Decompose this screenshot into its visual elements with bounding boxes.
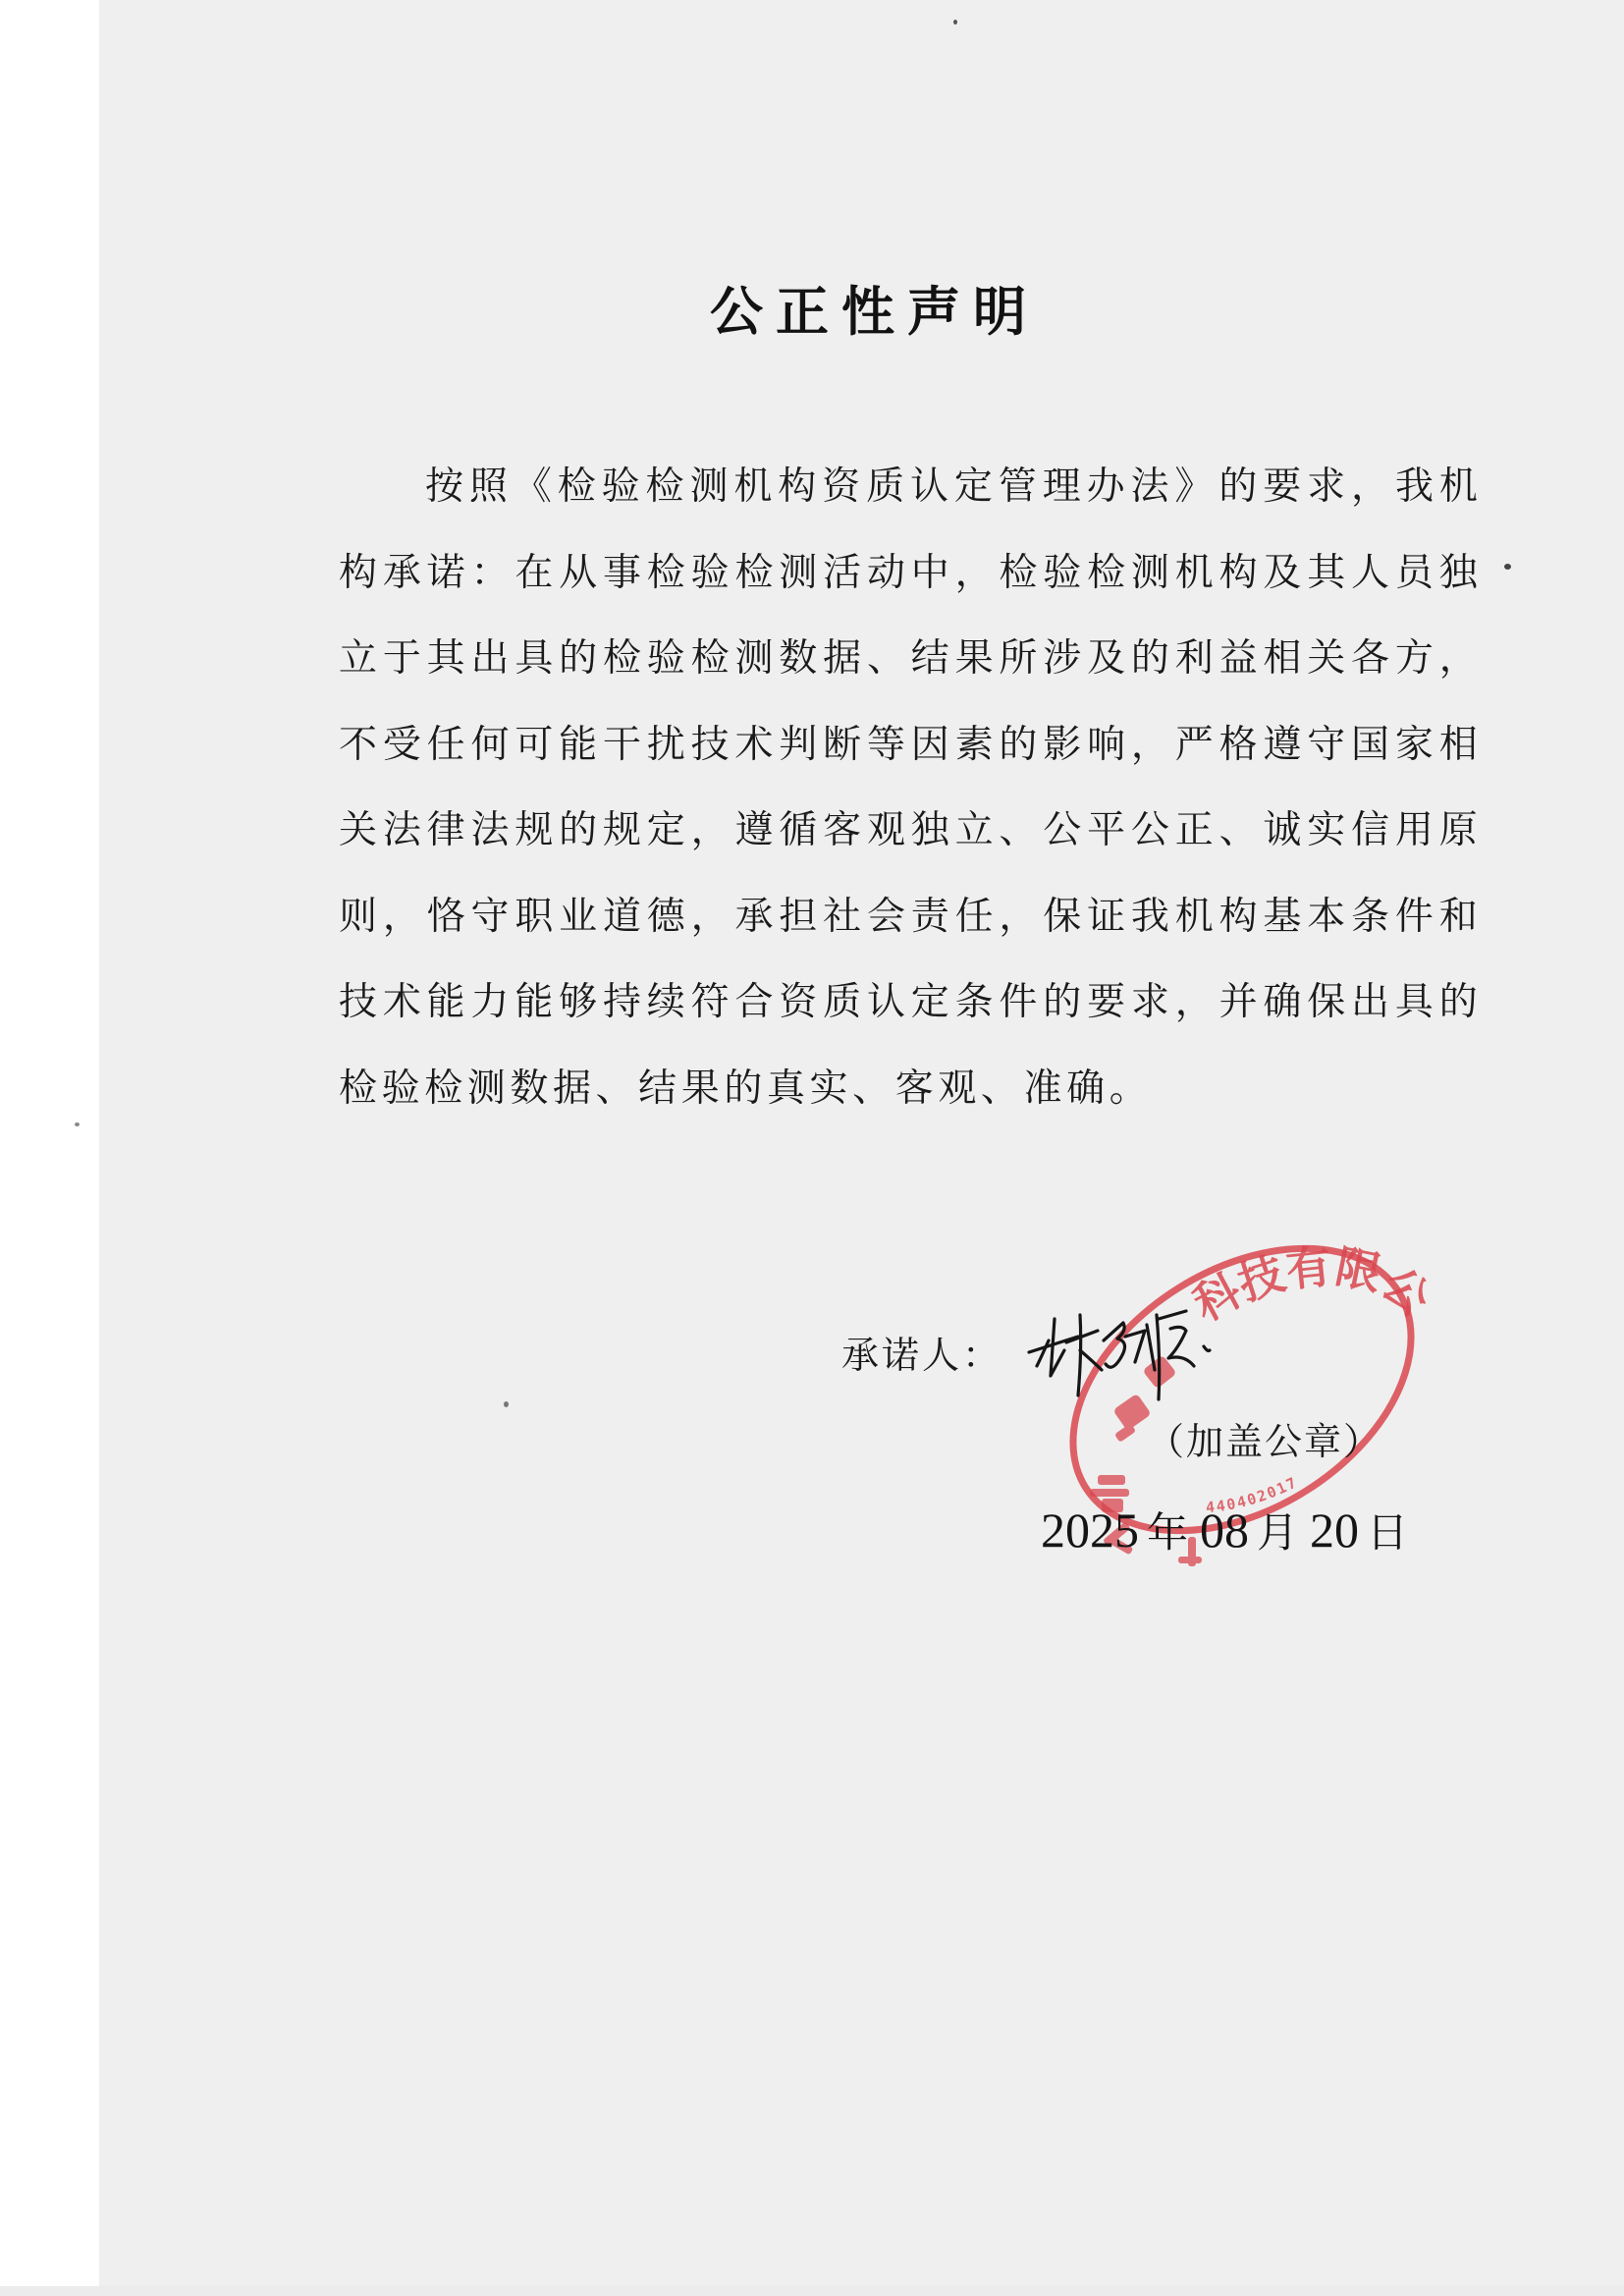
body-char: 则 xyxy=(339,888,377,947)
body-char: 员 xyxy=(1395,544,1434,603)
body-char: 机 xyxy=(1439,458,1478,517)
body-char: 于 xyxy=(383,629,421,688)
body-char: 我 xyxy=(1131,888,1169,947)
body-char: 数 xyxy=(510,1060,548,1119)
body-char: 独 xyxy=(1439,544,1478,603)
body-char: ， xyxy=(1439,629,1478,688)
body-char: 验 xyxy=(382,1060,420,1119)
body-char: 质 xyxy=(823,973,861,1032)
body-char: 并 xyxy=(1219,973,1258,1032)
body-char: 客 xyxy=(823,801,861,860)
body-char: 相 xyxy=(1439,716,1478,775)
body-char: 验 xyxy=(1043,544,1081,603)
body-char: 的 xyxy=(724,1060,762,1119)
body-char: 检 xyxy=(1087,544,1125,603)
body-char: 中 xyxy=(911,544,949,603)
body-char: 据 xyxy=(553,1060,591,1119)
body-char: 信 xyxy=(1351,801,1389,860)
body-char: 及 xyxy=(1087,629,1125,688)
body-char: 证 xyxy=(1087,888,1125,947)
body-char: 事 xyxy=(603,544,641,603)
body-char: ： xyxy=(470,544,509,603)
body-char: 任 xyxy=(427,716,465,775)
body-char: 的 xyxy=(1439,973,1478,1032)
body-char: 具 xyxy=(1395,973,1434,1032)
body-char: 检 xyxy=(424,1060,462,1119)
body-char: 客 xyxy=(895,1060,934,1119)
body-char: 要 xyxy=(1263,458,1301,517)
body-char: 测 xyxy=(689,458,728,517)
body-char: ， xyxy=(1131,716,1169,775)
body-char: 能 xyxy=(427,973,465,1032)
body-char: 职 xyxy=(514,888,553,947)
body-char: 出 xyxy=(1351,973,1389,1032)
body-char: ， xyxy=(691,801,730,860)
body-char: 能 xyxy=(514,973,553,1032)
body-char: 判 xyxy=(779,716,817,775)
body-char: 公 xyxy=(1131,801,1169,860)
scan-bottom-edge xyxy=(0,2286,1624,2296)
body-char: 资 xyxy=(779,973,817,1032)
body-char: 机 xyxy=(1175,888,1214,947)
body-char: 、 xyxy=(1219,801,1258,860)
body-char: 检 xyxy=(646,458,684,517)
body-char: 定 xyxy=(954,458,993,517)
body-line-7: 技术能力能够持续符合资质认定条件的要求，并确保出具的 xyxy=(339,973,1478,1060)
signature-date: 2025年08月20日 xyxy=(1041,1501,1408,1562)
body-char: 循 xyxy=(779,801,817,860)
body-char: 理 xyxy=(1043,458,1081,517)
body-char: 持 xyxy=(603,973,641,1032)
body-char: 规 xyxy=(514,801,553,860)
body-char: 检 xyxy=(603,629,641,688)
body-char: 构 xyxy=(339,544,377,603)
body-char: 验 xyxy=(691,544,730,603)
body-char: 立 xyxy=(339,629,377,688)
body-char: 用 xyxy=(1395,801,1434,860)
body-char: 数 xyxy=(779,629,817,688)
body-char: 条 xyxy=(955,973,994,1032)
body-char: 机 xyxy=(733,458,772,517)
body-char: 定 xyxy=(911,973,949,1032)
body-char: ， xyxy=(383,888,421,947)
body-char: 其 xyxy=(1307,544,1345,603)
body-char: 验 xyxy=(602,458,640,517)
body-char: 检 xyxy=(734,544,773,603)
body-char: 确 xyxy=(1263,973,1301,1032)
body-char: 其 xyxy=(427,629,465,688)
scan-speck xyxy=(504,1401,509,1407)
body-char: 遵 xyxy=(1263,716,1301,775)
body-char: 保 xyxy=(1043,888,1081,947)
body-char: 本 xyxy=(1307,888,1345,947)
body-char: 素 xyxy=(955,716,994,775)
body-char: 格 xyxy=(1219,716,1258,775)
body-char: 照 xyxy=(469,458,508,517)
body-char: 合 xyxy=(734,973,773,1032)
body-char: 诚 xyxy=(1263,801,1301,860)
body-char: 律 xyxy=(427,801,465,860)
body-char: 构 xyxy=(1219,544,1258,603)
body-char: 诺 xyxy=(427,544,465,603)
body-char: 件 xyxy=(1395,888,1434,947)
body-char: 影 xyxy=(1043,716,1081,775)
stamp-note: （加盖公章） xyxy=(1147,1414,1382,1469)
body-char: 确 xyxy=(1066,1060,1105,1119)
body-char: 管 xyxy=(999,458,1037,517)
body-char: 、 xyxy=(981,1060,1019,1119)
body-char: 认 xyxy=(867,973,905,1032)
scan-speck xyxy=(953,20,957,25)
date-year-unit: 年 xyxy=(1147,1503,1188,1562)
document-title: 公正性声明 xyxy=(99,277,1624,346)
body-char: 办 xyxy=(1087,458,1125,517)
body-line-4: 不受任何可能干扰技术判断等因素的影响，严格遵守国家相 xyxy=(339,716,1478,802)
body-char: 人 xyxy=(1351,544,1389,603)
body-char: ， xyxy=(1175,973,1214,1032)
body-char: 我 xyxy=(1395,458,1434,517)
body-char: 的 xyxy=(999,716,1037,775)
body-char: 观 xyxy=(867,801,905,860)
body-char: 各 xyxy=(1351,629,1389,688)
body-char: 符 xyxy=(691,973,730,1032)
body-char: 干 xyxy=(603,716,641,775)
body-char: 等 xyxy=(867,716,905,775)
body-char: 关 xyxy=(339,801,377,860)
body-char: 出 xyxy=(470,629,509,688)
body-char: 受 xyxy=(383,716,421,775)
body-char: 关 xyxy=(1307,629,1345,688)
body-char: 扰 xyxy=(647,716,685,775)
body-char: 社 xyxy=(823,888,861,947)
body-char: 法 xyxy=(1131,458,1169,517)
body-char: 结 xyxy=(638,1060,677,1119)
body-char: 恪 xyxy=(427,888,465,947)
body-char: ， xyxy=(691,888,730,947)
body-char: 构 xyxy=(778,458,816,517)
body-char: 原 xyxy=(1439,801,1478,860)
body-char: 平 xyxy=(1087,801,1125,860)
body-line-3: 立于其出具的检验检测数据、结果所涉及的利益相关各方， xyxy=(339,629,1478,716)
body-char: 件 xyxy=(999,973,1037,1032)
body-char: 承 xyxy=(734,888,773,947)
date-day: 20 xyxy=(1310,1501,1359,1559)
body-char: 及 xyxy=(1263,544,1301,603)
body-char: 果 xyxy=(681,1060,720,1119)
body-char: 基 xyxy=(1263,888,1301,947)
body-char: 实 xyxy=(810,1060,848,1119)
body-char: 的 xyxy=(1131,629,1169,688)
body-char: 和 xyxy=(1439,888,1478,947)
body-char: 据 xyxy=(823,629,861,688)
body-char: 力 xyxy=(470,973,509,1032)
body-char: 方 xyxy=(1395,629,1434,688)
body-char: 、 xyxy=(596,1060,634,1119)
date-day-unit: 日 xyxy=(1367,1503,1408,1562)
body-char: 求 xyxy=(1307,458,1345,517)
body-line-1: 按照《检验检测机构资质认定管理办法》的要求，我机 xyxy=(339,458,1478,544)
date-month-unit: 月 xyxy=(1257,1503,1298,1562)
body-char: 续 xyxy=(647,973,685,1032)
body-char: 测 xyxy=(734,629,773,688)
body-char: 立 xyxy=(955,801,994,860)
body-char: 独 xyxy=(911,801,949,860)
body-line-5: 关法律法规的规定，遵循客观独立、公平公正、诚实信用原 xyxy=(339,801,1478,888)
body-char: 检 xyxy=(999,544,1037,603)
body-char: 测 xyxy=(1131,544,1169,603)
body-char: 守 xyxy=(1307,716,1345,775)
body-char: 定 xyxy=(647,801,685,860)
body-char: 、 xyxy=(867,629,905,688)
body-char: 公 xyxy=(1043,801,1081,860)
body-char: 够 xyxy=(559,973,597,1032)
body-char: 法 xyxy=(470,801,509,860)
body-char: 涉 xyxy=(1043,629,1081,688)
body-char: 具 xyxy=(514,629,553,688)
body-line-6: 则，恪守职业道德，承担社会责任，保证我机构基本条件和 xyxy=(339,888,1478,974)
body-char: 可 xyxy=(514,716,553,775)
body-char: 何 xyxy=(470,716,509,775)
body-char: 国 xyxy=(1351,716,1389,775)
body-char: 德 xyxy=(647,888,685,947)
body-char: 要 xyxy=(1087,973,1125,1032)
body-char: 严 xyxy=(1175,716,1214,775)
body-char: 结 xyxy=(911,629,949,688)
body-char: 质 xyxy=(866,458,904,517)
body-char: 会 xyxy=(867,888,905,947)
body-char: 检 xyxy=(558,458,596,517)
body-char: 《 xyxy=(514,458,552,517)
body-char: 响 xyxy=(1087,716,1125,775)
body-char: 能 xyxy=(559,716,597,775)
body-char: 益 xyxy=(1219,629,1258,688)
body-char: 的 xyxy=(1218,458,1257,517)
body-char: 责 xyxy=(911,888,949,947)
promisor-label: 承诺人： xyxy=(841,1328,1002,1383)
body-char: 测 xyxy=(779,544,817,603)
body-char: 。 xyxy=(1110,1060,1148,1119)
body-line-2: 构承诺：在从事检验检测活动中，检验检测机构及其人员独 xyxy=(339,544,1478,630)
body-char: 构 xyxy=(1219,888,1258,947)
scan-speck xyxy=(1504,564,1511,570)
body-char: 机 xyxy=(1175,544,1214,603)
body-char: 认 xyxy=(910,458,948,517)
body-char: 资 xyxy=(822,458,860,517)
body-char: 、 xyxy=(852,1060,891,1119)
body-char: 测 xyxy=(467,1060,506,1119)
declaration-body: 按照《检验检测机构资质认定管理办法》的要求，我机 构承诺：在从事检验检测活动中，… xyxy=(339,458,1478,1145)
body-char: 断 xyxy=(823,716,861,775)
body-char: 实 xyxy=(1307,801,1345,860)
date-year: 2025 xyxy=(1041,1501,1139,1559)
body-char: 守 xyxy=(470,888,509,947)
body-char: 遵 xyxy=(734,801,773,860)
body-char: 承 xyxy=(383,544,421,603)
body-char: 》 xyxy=(1174,458,1213,517)
body-char: 的 xyxy=(1043,973,1081,1032)
body-char: 果 xyxy=(955,629,994,688)
body-char: 条 xyxy=(1351,888,1389,947)
body-char: 准 xyxy=(1024,1060,1062,1119)
body-char: 的 xyxy=(559,629,597,688)
body-char: 任 xyxy=(955,888,994,947)
body-char: 技 xyxy=(339,973,377,1032)
body-char: 所 xyxy=(999,629,1037,688)
body-char: 术 xyxy=(734,716,773,775)
body-char: 道 xyxy=(603,888,641,947)
body-char: ， xyxy=(1351,458,1389,517)
body-char: 、 xyxy=(999,801,1037,860)
body-char: 观 xyxy=(938,1060,976,1119)
body-char: 技 xyxy=(691,716,730,775)
handwritten-signature xyxy=(1021,1301,1257,1419)
scan-speck xyxy=(75,1122,80,1126)
body-char: 相 xyxy=(1263,629,1301,688)
body-char: 验 xyxy=(647,629,685,688)
body-char: ， xyxy=(999,888,1037,947)
date-month: 08 xyxy=(1200,1501,1249,1559)
body-char: 活 xyxy=(823,544,861,603)
body-char: 检 xyxy=(647,544,685,603)
body-char: 法 xyxy=(383,801,421,860)
body-char: 按 xyxy=(425,458,463,517)
body-char: 规 xyxy=(603,801,641,860)
body-char: 利 xyxy=(1175,629,1214,688)
body-char: 不 xyxy=(339,716,377,775)
body-char: 从 xyxy=(559,544,597,603)
body-char: 真 xyxy=(767,1060,805,1119)
body-char: ， xyxy=(955,544,994,603)
body-char: 的 xyxy=(559,801,597,860)
body-char: 业 xyxy=(559,888,597,947)
body-char: 动 xyxy=(867,544,905,603)
body-char: 求 xyxy=(1131,973,1169,1032)
body-char: 正 xyxy=(1175,801,1214,860)
body-char: 在 xyxy=(514,544,553,603)
body-char: 检 xyxy=(691,629,730,688)
body-char: 检 xyxy=(339,1060,377,1119)
body-char: 家 xyxy=(1395,716,1434,775)
body-char: 担 xyxy=(779,888,817,947)
body-char: 保 xyxy=(1307,973,1345,1032)
body-line-8: 检验检测数据、结果的真实、客观、准确。 xyxy=(339,1060,1478,1146)
body-char: 术 xyxy=(383,973,421,1032)
body-char: 因 xyxy=(911,716,949,775)
